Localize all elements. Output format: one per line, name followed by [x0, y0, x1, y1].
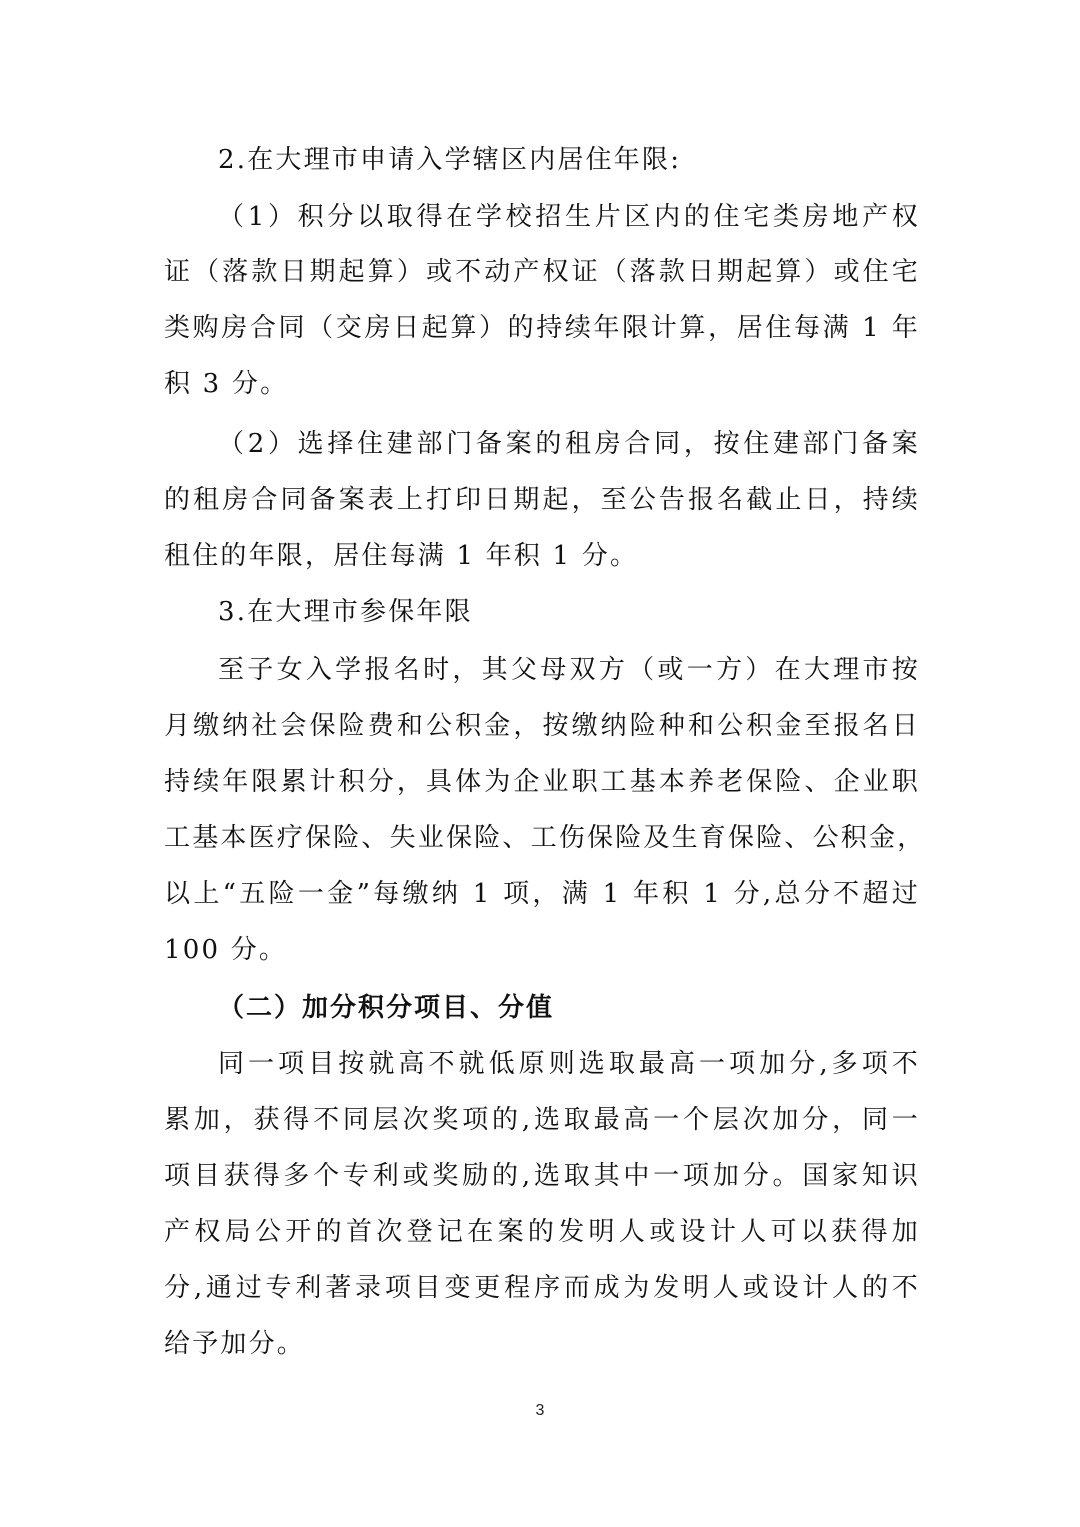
paragraph-line: 类购房合同（交房日起算）的持续年限计算，居住每满 1 年	[164, 308, 920, 348]
paragraph-line: 持续年限累计积分，具体为企业职工基本养老保险、企业职	[164, 762, 920, 802]
paragraph-line: 证（落款日期起算）或不动产权证（落款日期起算）或住宅	[164, 252, 920, 292]
paragraph-line: （1）积分以取得在学校招生片区内的住宅类房地产权	[218, 197, 920, 237]
page-number: 3	[0, 1402, 1080, 1420]
section-heading-insurance-years: 3.在大理市参保年限	[218, 592, 920, 632]
section-heading-bonus-points: （二）加分积分项目、分值	[218, 988, 920, 1028]
paragraph-line: 至子女入学报名时，其父母双方（或一方）在大理市按	[218, 650, 920, 690]
paragraph-line: 的租房合同备案表上打印日期起，至公告报名截止日，持续	[164, 480, 920, 520]
paragraph-line: 积 3 分。	[164, 364, 920, 404]
paragraph-line: 产权局公开的首次登记在案的发明人或设计人可以获得加	[164, 1212, 920, 1252]
document-page: 2.在大理市申请入学辖区内居住年限: （1）积分以取得在学校招生片区内的住宅类房…	[0, 0, 1080, 1527]
paragraph-line: 累加，获得不同层次奖项的,选取最高一个层次加分，同一	[164, 1100, 920, 1140]
paragraph-line: 租住的年限，居住每满 1 年积 1 分。	[164, 536, 920, 576]
paragraph-line: 项目获得多个专利或奖励的,选取其中一项加分。国家知识	[164, 1156, 920, 1196]
paragraph-line: （2）选择住建部门备案的租房合同，按住建部门备案	[218, 424, 920, 464]
paragraph-line: 分,通过专利著录项目变更程序而成为发明人或设计人的不	[164, 1268, 920, 1308]
paragraph-line: 以上“五险一金”每缴纳 1 项，满 1 年积 1 分,总分不超过	[164, 874, 920, 914]
paragraph-line: 给予加分。	[164, 1324, 920, 1364]
paragraph-line: 同一项目按就高不就低原则选取最高一项加分,多项不	[218, 1044, 920, 1084]
paragraph-line: 100 分。	[164, 930, 920, 970]
paragraph-line: 工基本医疗保险、失业保险、工伤保险及生育保险、公积金，	[164, 818, 920, 858]
section-heading-residence-years: 2.在大理市申请入学辖区内居住年限:	[218, 140, 920, 180]
paragraph-line: 月缴纳社会保险费和公积金，按缴纳险种和公积金至报名日	[164, 706, 920, 746]
